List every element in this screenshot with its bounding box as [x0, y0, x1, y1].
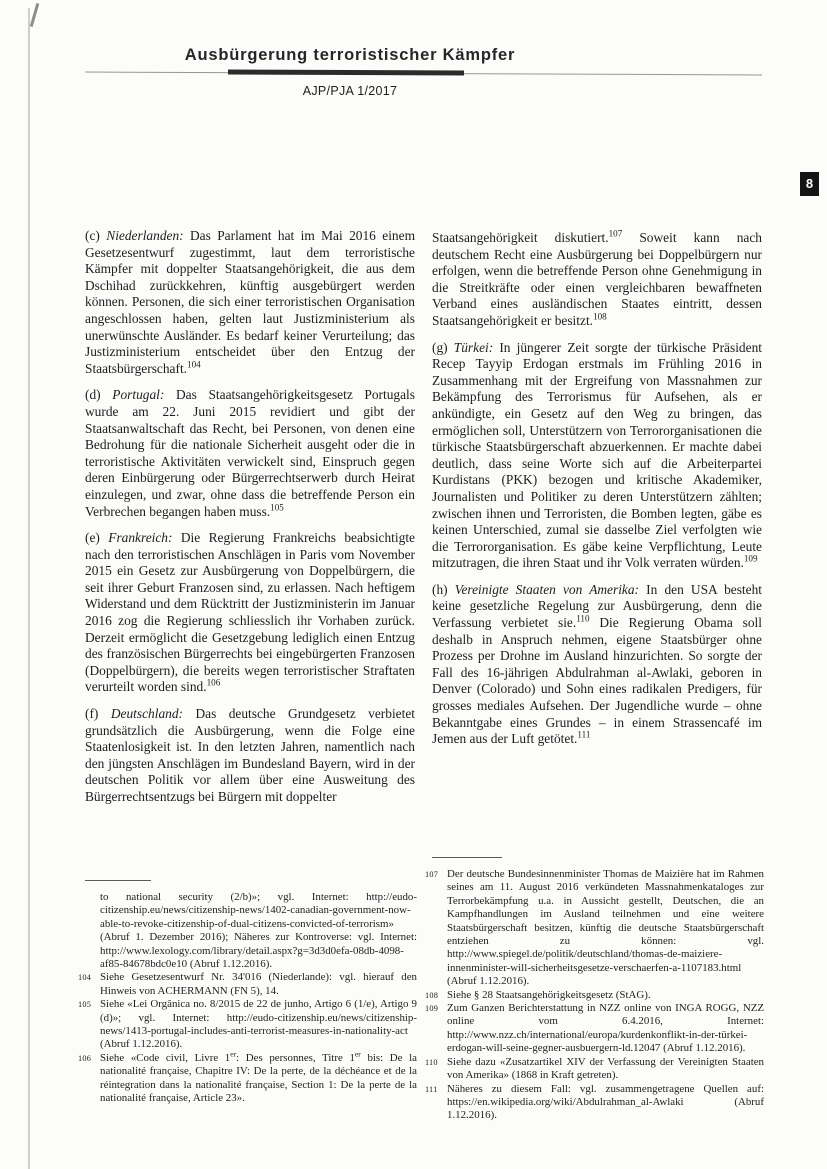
footnote: to national security (2/b)»; vgl. Intern…	[85, 891, 417, 971]
body-paragraph: (c) Niederlanden: Das Parlament hat im M…	[85, 228, 415, 377]
header-rule-thick	[228, 69, 464, 75]
footnote: 106Siehe «Code civil, Livre 1er: Des per…	[85, 1052, 417, 1106]
footnote: 105Siehe «Lei Orgânica no. 8/2015 de 22 …	[85, 998, 417, 1052]
country-name: Portugal:	[112, 387, 164, 402]
left-footnotes: to national security (2/b)»; vgl. Intern…	[85, 880, 417, 1106]
country-name: Deutschland:	[111, 706, 183, 721]
paragraph-label: (f)	[85, 706, 98, 721]
footnote: 110Siehe dazu «Zusatzartikel XIV der Ver…	[432, 1056, 764, 1083]
country-name: Frankreich:	[108, 530, 172, 545]
page-title: Ausbürgerung terroristischer Kämpfer	[85, 46, 615, 65]
body-paragraph: (d) Portugal: Das Staatsangehörigkeitsge…	[85, 387, 415, 520]
footnote: 111Näheres zu diesem Fall: vgl. zusammen…	[432, 1083, 764, 1123]
footnote-number: 104	[78, 971, 91, 984]
footnote-number: 109	[425, 1002, 438, 1015]
body-paragraph: (e) Frankreich: Die Regierung Frankreich…	[85, 530, 415, 696]
footnote-separator	[85, 880, 151, 881]
paragraph-label: (e)	[85, 530, 100, 545]
country-name: Niederlanden:	[106, 228, 183, 243]
body-paragraph: (h) Vereinigte Staaten von Amerika: In d…	[432, 582, 762, 748]
article-page: Ausbürgerung terroristischer Kämpfer AJP…	[0, 0, 827, 1169]
scan-edge-line	[28, 8, 30, 1169]
footnote-number: 106	[78, 1052, 91, 1065]
journal-issue-label: AJP/PJA 1/2017	[85, 84, 615, 98]
footnote: 104Siehe Gesetzesentwurf Nr. 34'016 (Nie…	[85, 971, 417, 998]
footnote-number: 107	[425, 868, 438, 881]
footnote: 108Siehe § 28 Staatsangehörigkeitsgesetz…	[432, 989, 764, 1002]
paragraph-label: (c)	[85, 228, 100, 243]
paragraph-label: (g)	[432, 340, 448, 355]
right-footnotes: 107Der deutsche Bundesinnenminister Thom…	[432, 857, 764, 1123]
paragraph-label: (h)	[432, 582, 448, 597]
footnote-number: 105	[78, 998, 91, 1011]
right-column: Staatsangehörigkeit diskutiert.107 Sowei…	[432, 230, 762, 758]
scan-corner-mark	[30, 3, 39, 27]
country-name: Vereinigte Staaten von Amerika:	[455, 582, 639, 597]
body-paragraph: (g) Türkei: In jüngerer Zeit sorgte der …	[432, 340, 762, 572]
body-paragraph: Staatsangehörigkeit diskutiert.107 Sowei…	[432, 230, 762, 330]
paragraph-label: (d)	[85, 387, 101, 402]
footnote-separator	[432, 857, 502, 858]
left-column: (c) Niederlanden: Das Parlament hat im M…	[85, 228, 415, 816]
footnote: 107Der deutsche Bundesinnenminister Thom…	[432, 868, 764, 989]
footnote-number: 111	[425, 1083, 437, 1096]
page-number-badge: 8	[800, 172, 819, 196]
country-name: Türkei:	[454, 340, 493, 355]
footnote-number: 108	[425, 989, 438, 1002]
body-paragraph: (f) Deutschland: Das deutsche Grundgeset…	[85, 706, 415, 806]
footnote: 109Zum Ganzen Berichterstattung in NZZ o…	[432, 1002, 764, 1056]
footnote-number: 110	[425, 1056, 438, 1069]
